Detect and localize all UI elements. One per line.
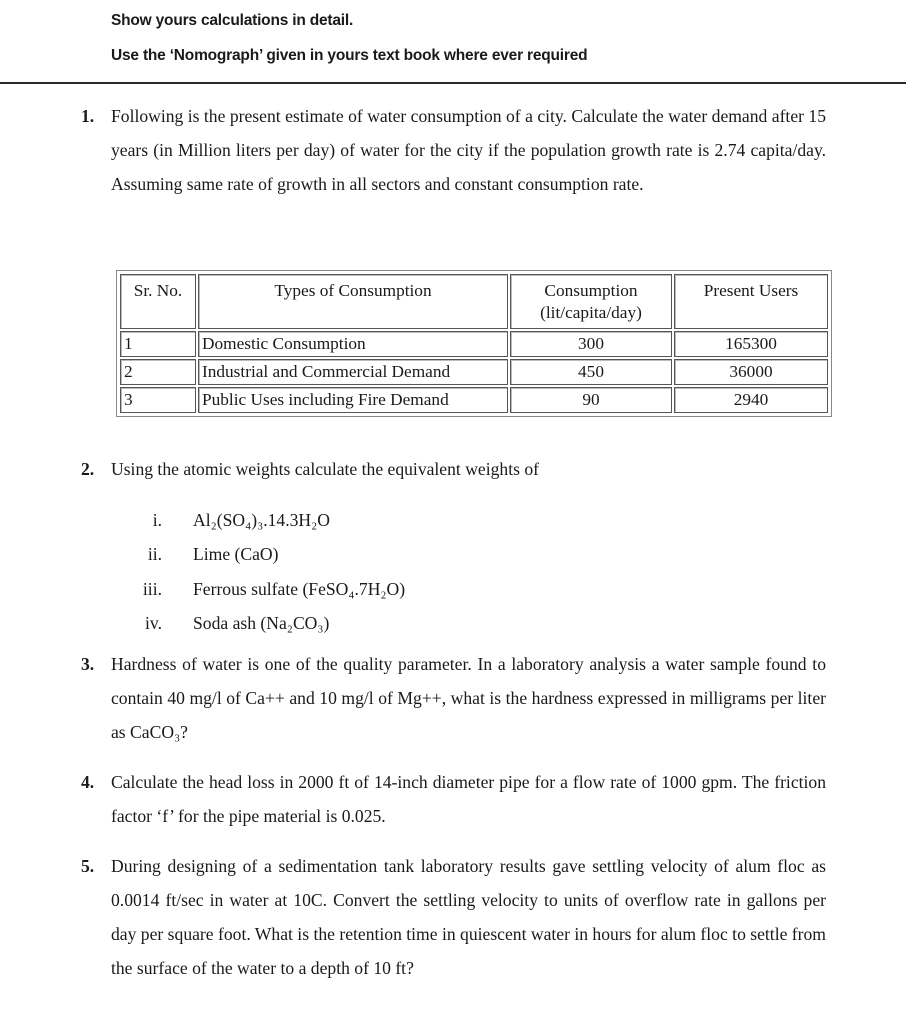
question-text: During designing of a sedimentation tank… xyxy=(111,849,826,985)
question-2: 2. Using the atomic weights calculate th… xyxy=(81,452,826,486)
question-number: 1. xyxy=(81,99,94,133)
list-marker: iv. xyxy=(130,606,162,640)
list-marker: i. xyxy=(130,503,162,537)
list-marker: iii. xyxy=(130,572,162,606)
table-row: 2 Industrial and Commercial Demand 450 3… xyxy=(120,359,828,385)
question-text: Using the atomic weights calculate the e… xyxy=(111,452,826,486)
question-5: 5. During designing of a sedimentation t… xyxy=(81,849,826,985)
cell-sr: 2 xyxy=(120,359,196,385)
header-type: Types of Consumption xyxy=(198,274,508,329)
question-number: 5. xyxy=(81,849,94,883)
question-number: 4. xyxy=(81,765,94,799)
question-text: Following is the present estimate of wat… xyxy=(111,99,826,201)
table-row: 3 Public Uses including Fire Demand 90 2… xyxy=(120,387,828,413)
cell-sr: 3 xyxy=(120,387,196,413)
cell-consumption: 90 xyxy=(510,387,672,413)
cell-consumption: 450 xyxy=(510,359,672,385)
compound-label: Lime (CaO) xyxy=(193,537,279,571)
cell-consumption: 300 xyxy=(510,331,672,357)
cell-type: Public Uses including Fire Demand xyxy=(198,387,508,413)
question-number: 3. xyxy=(81,647,94,681)
consumption-table: Sr. No. Types of Consumption Consumption… xyxy=(118,272,830,415)
cell-users: 2940 xyxy=(674,387,828,413)
question-4: 4. Calculate the head loss in 2000 ft of… xyxy=(81,765,826,833)
question-text: Hardness of water is one of the quality … xyxy=(111,647,826,749)
question-3: 3. Hardness of water is one of the quali… xyxy=(81,647,826,749)
instruction-line-2: Use the ‘Nomograph’ given in yours text … xyxy=(111,47,587,65)
compound-label: Soda ash (Na₂CO₃) xyxy=(193,606,329,640)
header-users: Present Users xyxy=(674,274,828,329)
header-consumption: Consumption (lit/capita/day) xyxy=(510,274,672,329)
list-marker: ii. xyxy=(130,537,162,571)
cell-type: Industrial and Commercial Demand xyxy=(198,359,508,385)
instruction-line-1: Show yours calculations in detail. xyxy=(111,12,353,30)
cell-type: Domestic Consumption xyxy=(198,331,508,357)
compound-label: Al₂(SO₄)₃.14.3H₂O xyxy=(193,503,330,537)
header-consumption-line1: Consumption xyxy=(514,280,668,302)
table-row: 1 Domestic Consumption 300 165300 xyxy=(120,331,828,357)
question-1: 1. Following is the present estimate of … xyxy=(81,99,826,201)
header-sr-no: Sr. No. xyxy=(120,274,196,329)
header-consumption-line2: (lit/capita/day) xyxy=(514,302,668,324)
consumption-table-frame: Sr. No. Types of Consumption Consumption… xyxy=(116,270,832,417)
table-header-row: Sr. No. Types of Consumption Consumption… xyxy=(120,274,828,329)
cell-users: 36000 xyxy=(674,359,828,385)
question-text: Calculate the head loss in 2000 ft of 14… xyxy=(111,765,826,833)
cell-sr: 1 xyxy=(120,331,196,357)
horizontal-divider xyxy=(0,82,906,84)
cell-users: 165300 xyxy=(674,331,828,357)
compound-label: Ferrous sulfate (FeSO₄.7H₂O) xyxy=(193,572,405,606)
question-number: 2. xyxy=(81,452,94,486)
